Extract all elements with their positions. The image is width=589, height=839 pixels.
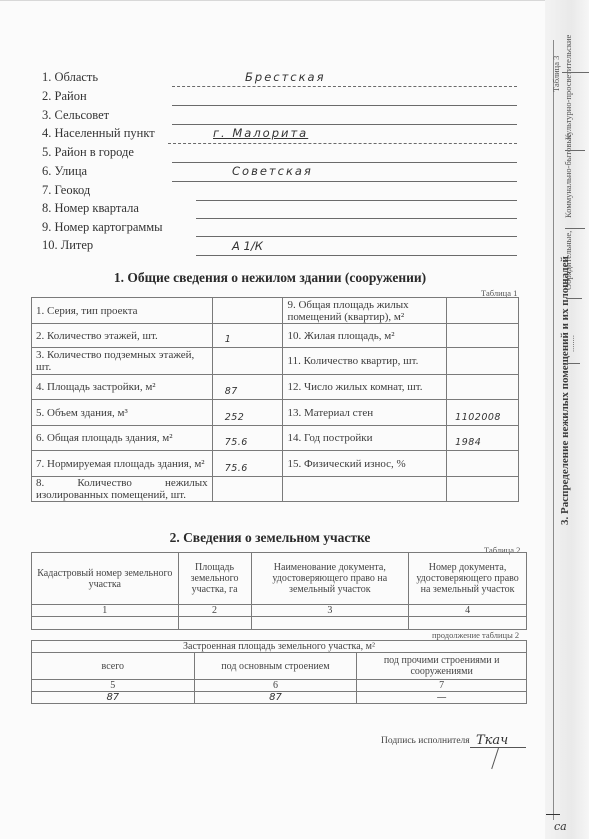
cell-total: 87	[32, 692, 195, 704]
table-row: 5. Объем здания, м³25213. Материал стен1…	[32, 400, 519, 426]
table-row: 8. Количество нежилых изолированных поме…	[32, 477, 519, 502]
field-underline	[196, 200, 517, 201]
table-row: 7. Нормируемая площадь здания, м²75.615.…	[32, 451, 519, 477]
margin-col-2: Коммунально-бытовые	[563, 134, 573, 218]
header-document-number: Номер документа, удостоверяющего право н…	[409, 553, 527, 605]
field-underline	[196, 218, 517, 219]
row-label-left: 2. Количество этажей, шт.	[32, 324, 213, 348]
row-value-left	[212, 348, 283, 375]
margin-col-1: Культурно-просветительские	[563, 35, 573, 140]
column-number: 1	[32, 605, 179, 617]
margin-table-caption: Таблица 3	[551, 56, 561, 92]
row-label-left: 1. Серия, тип проекта	[32, 298, 213, 324]
row-value-right	[447, 451, 519, 477]
row-label-left: 4. Площадь застройки, м²	[32, 375, 213, 400]
header-document-name: Наименование документа, удостоверяющего …	[251, 553, 409, 605]
margin-vertical-rule	[553, 40, 554, 820]
table-row: 4. Площадь застройки, м²8712. Число жилы…	[32, 375, 519, 400]
field-label: 7. Геокод	[42, 183, 90, 198]
row-label-left: 6. Общая площадь здания, м²	[32, 426, 213, 451]
field-label: 1. Область	[42, 70, 98, 85]
handwritten-value: 1984	[455, 437, 481, 449]
column-number: 6	[194, 680, 357, 692]
section-2-title: 2. Сведения о земельном участке	[0, 530, 540, 546]
field-label: 8. Номер квартала	[42, 201, 139, 216]
field-value-liter: А 1/К	[232, 239, 263, 253]
page-mark: ca	[554, 820, 567, 833]
margin-tick	[566, 298, 582, 299]
column-number: 4	[409, 605, 527, 617]
row-label-left: 3. Количество подземных этажей, шт.	[32, 348, 213, 375]
row-label-right: 15. Физический износ, %	[283, 451, 447, 477]
cell-document-name	[251, 617, 409, 630]
field-underline	[172, 162, 517, 163]
section-1-title: 1. Общие сведения о нежилом здании (соор…	[0, 270, 540, 286]
row-label-right: 9. Общая площадь жилых помещений (кварти…	[283, 298, 447, 324]
cell-cadastral-number	[32, 617, 179, 630]
row-value-right	[447, 348, 519, 375]
cell-plot-area	[178, 617, 251, 630]
row-label-right: 13. Материал стен	[283, 400, 447, 426]
header-plot-area: Площадь земельного участка, га	[178, 553, 251, 605]
margin-section-title: 3. Распределение нежилых помещений и их …	[559, 256, 571, 525]
field-label: 4. Населенный пункт	[42, 126, 155, 141]
row-label-left: 5. Объем здания, м³	[32, 400, 213, 426]
field-label: 5. Район в городе	[42, 145, 134, 160]
cell-main-building: 87	[194, 692, 357, 704]
field-underline	[172, 86, 517, 87]
margin-tick	[565, 150, 585, 151]
header-cadastral-number: Кадастровый номер земельного участка	[32, 553, 179, 605]
header-main-building: под основным строением	[194, 653, 357, 680]
row-label-right: 10. Жилая площадь, м²	[283, 324, 447, 348]
signature-label: Подпись исполнителя	[381, 736, 470, 746]
row-label-left: 8. Количество нежилых изолированных поме…	[32, 477, 213, 502]
field-label: 6. Улица	[42, 164, 87, 179]
row-value-right	[447, 477, 519, 502]
row-label-right: 12. Число жилых комнат, шт.	[283, 375, 447, 400]
field-underline	[172, 181, 517, 182]
row-value-right: 1984	[447, 426, 519, 451]
column-number: 7	[357, 680, 527, 692]
row-value-right	[447, 324, 519, 348]
built-area-title: Застроенная площадь земельного участка, …	[32, 641, 527, 653]
table-2-continuation-caption: продолжение таблицы 2	[432, 630, 519, 640]
handwritten-value: 252	[225, 412, 245, 424]
field-underline	[172, 124, 517, 125]
row-value-left: 75.6	[212, 451, 283, 477]
row-label-right: 11. Количество квартир, шт.	[283, 348, 447, 375]
row-label-right	[283, 477, 447, 502]
margin-tick	[566, 363, 580, 364]
handwritten-value: 1102008	[455, 412, 501, 424]
page-mark-dash	[546, 814, 560, 815]
header-total: всего	[32, 653, 195, 680]
cell-other-buildings: —	[357, 692, 527, 704]
row-value-right	[447, 298, 519, 324]
built-area-table: Застроенная площадь земельного участка, …	[31, 640, 527, 704]
column-number: 5	[32, 680, 195, 692]
row-label-left: 7. Нормируемая площадь здания, м²	[32, 451, 213, 477]
table-row: 1. Серия, тип проекта9. Общая площадь жи…	[32, 298, 519, 324]
margin-tick	[565, 228, 585, 229]
field-label: 9. Номер картограммы	[42, 220, 163, 235]
header-other-buildings: под прочими строениями и сооружениями	[357, 653, 527, 680]
handwritten-value: 1	[225, 334, 232, 346]
table-row: 6. Общая площадь здания, м²75.614. Год п…	[32, 426, 519, 451]
cell-document-number	[409, 617, 527, 630]
table-row: 2. Количество этажей, шт.110. Жилая площ…	[32, 324, 519, 348]
row-value-left: 87	[212, 375, 283, 400]
table-row: 3. Количество подземных этажей, шт.11. К…	[32, 348, 519, 375]
row-value-left	[212, 298, 283, 324]
row-value-left: 75.6	[212, 426, 283, 451]
signature-stroke	[491, 748, 499, 769]
general-info-table: 1. Серия, тип проекта9. Общая площадь жи…	[31, 297, 519, 502]
field-label: 3. Сельсовет	[42, 108, 109, 123]
field-value-locality: г. Малорита	[213, 126, 308, 140]
field-underline	[172, 105, 517, 106]
column-number: 2	[178, 605, 251, 617]
field-value-region: Брестская	[245, 70, 326, 84]
field-underline	[168, 143, 517, 144]
row-value-right	[447, 375, 519, 400]
field-underline	[196, 255, 517, 256]
row-value-left	[212, 477, 283, 502]
margin-tick	[562, 72, 589, 73]
land-plot-table: Кадастровый номер земельного участка Пло…	[31, 552, 527, 630]
field-label: 10. Литер	[42, 238, 93, 253]
signature-mark: Ткач	[476, 733, 508, 748]
handwritten-value: 75.6	[225, 437, 248, 449]
column-number: 3	[251, 605, 409, 617]
row-value-left: 252	[212, 400, 283, 426]
scan-top-edge	[0, 0, 589, 1]
row-value-left: 1	[212, 324, 283, 348]
field-value-street: Советская	[232, 164, 313, 178]
handwritten-value: 75.6	[225, 463, 248, 475]
row-value-right: 1102008	[447, 400, 519, 426]
field-label: 2. Район	[42, 89, 87, 104]
handwritten-value: 87	[225, 386, 238, 398]
field-underline	[196, 236, 517, 237]
row-label-right: 14. Год постройки	[283, 426, 447, 451]
